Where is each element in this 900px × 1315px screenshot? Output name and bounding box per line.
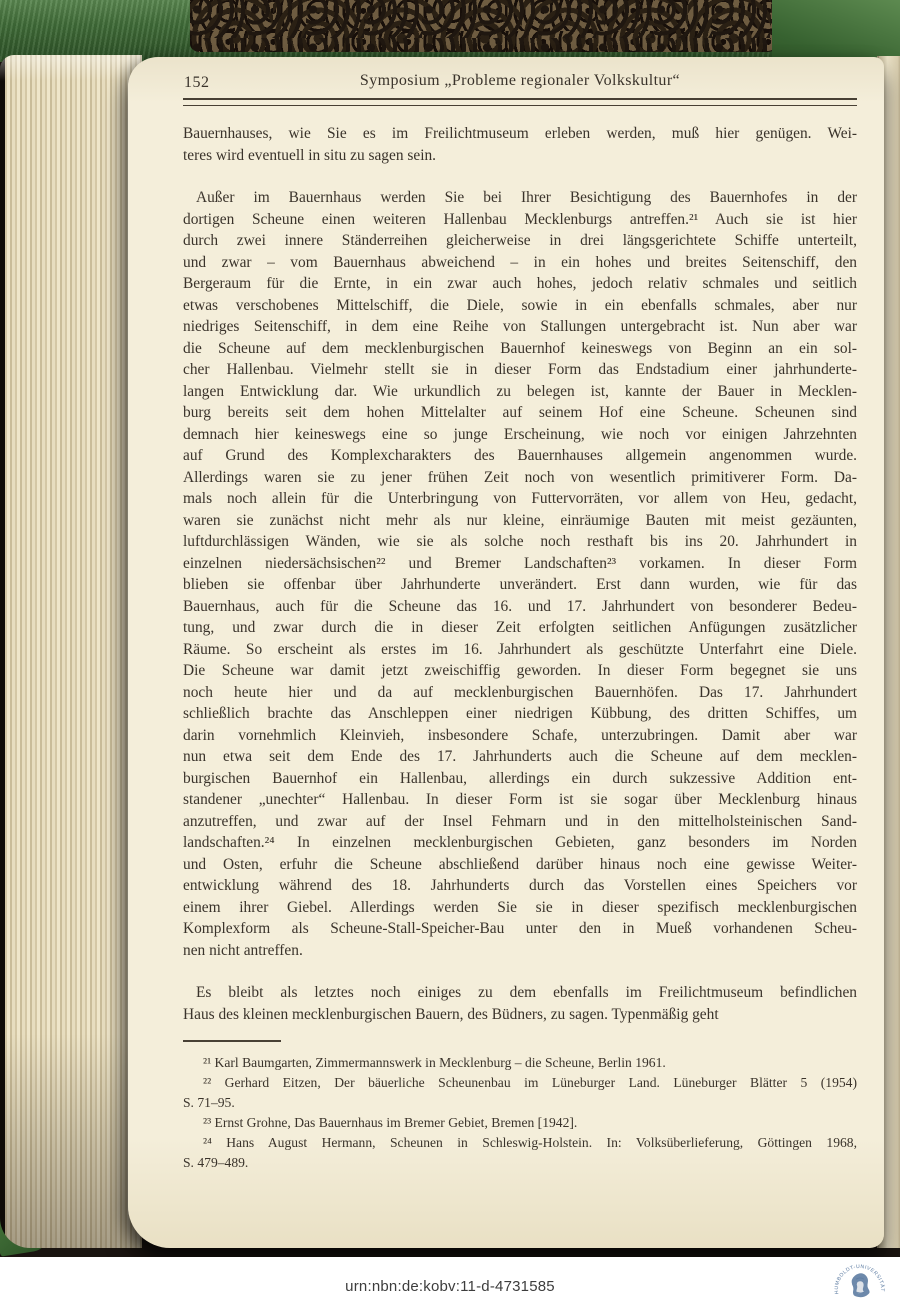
- text-line: burg bereits seit dem hohen Mittelalter …: [183, 402, 857, 424]
- text-line: Räume. So erscheint als erstes im 16. Ja…: [183, 639, 857, 661]
- book-scan-photo: 152 Symposium „Probleme regionaler Volks…: [0, 0, 900, 1315]
- running-title: Symposium „Probleme regionaler Volkskult…: [183, 72, 857, 90]
- humboldt-head-portrait: [852, 1273, 870, 1297]
- text-line: Bauernhaus, auch für die Scheune das 16.…: [183, 596, 857, 618]
- footnote: ²² Gerhard Eitzen, Der bäuerliche Scheun…: [183, 1073, 857, 1113]
- text-line: Bauernhauses, wie Sie es im Freilichtmus…: [183, 123, 857, 145]
- text-line: durch zwei innere Ständerreihen gleicher…: [183, 230, 857, 252]
- text-line: S. 71–95.: [183, 1093, 857, 1113]
- text-line: auf Grund des Komplexcharakters des Baue…: [183, 445, 857, 467]
- text-line: cher Hallenbau. Vielmehr stellt sie in d…: [183, 359, 857, 381]
- text-line: und zwar – vom Bauernhaus abweichend – i…: [183, 252, 857, 274]
- text-line: niedriges Seitenschiff, in dem eine Reih…: [183, 316, 857, 338]
- text-line: ²¹ Karl Baumgarten, Zimmermannswerk in M…: [183, 1053, 857, 1073]
- body-paragraphs: Bauernhauses, wie Sie es im Freilichtmus…: [183, 123, 857, 1025]
- book-page: 152 Symposium „Probleme regionaler Volks…: [128, 57, 884, 1248]
- text-line: ²⁴ Hans August Hermann, Scheunen in Schl…: [183, 1133, 857, 1153]
- paragraph: Es bleibt als letztes noch einiges zu de…: [183, 982, 857, 1025]
- page-content: 152 Symposium „Probleme regionaler Volks…: [128, 57, 884, 1172]
- header-rule: [183, 98, 857, 106]
- text-line: Allerdings waren sie zu jener frühen Zei…: [183, 467, 857, 489]
- text-line: noch heute hier und da auf mecklenburgis…: [183, 682, 857, 704]
- text-line: waren sie zunächst nicht mehr als nur kl…: [183, 510, 857, 532]
- text-line: entwicklung während des 18. Jahrhunderts…: [183, 875, 857, 897]
- text-line: anzutreffen, und zwar auf der Insel Fehm…: [183, 811, 857, 833]
- text-line: Außer im Bauernhaus werden Sie bei Ihrer…: [183, 187, 857, 209]
- text-line: und Osten, erfuhr die Scheune abschließe…: [183, 854, 857, 876]
- page-stack-edges: [0, 55, 142, 1248]
- text-line: demnach hier keineswegs eine so junge Er…: [183, 424, 857, 446]
- text-line: luftdurchlässigen Wänden, wie sie als so…: [183, 531, 857, 553]
- text-line: nen nicht antreffen.: [183, 940, 857, 962]
- text-line: dortigen Scheune einen weiteren Hallenba…: [183, 209, 857, 231]
- text-line: ²³ Ernst Grohne, Das Bauernhaus im Breme…: [183, 1113, 857, 1133]
- footnote: ²⁴ Hans August Hermann, Scheunen in Schl…: [183, 1133, 857, 1173]
- book-top-edge-marbling: [190, 0, 782, 52]
- text-line: burgischen Bauernhof ein Hallenbau, alle…: [183, 768, 857, 790]
- footnotes: ²¹ Karl Baumgarten, Zimmermannswerk in M…: [183, 1053, 857, 1172]
- text-line: landschaften.²⁴ In einzelnen mecklenburg…: [183, 832, 857, 854]
- scan-footer-bar: urn:nbn:de:kobv:11-d-4731585 HUMBOLDT-UN…: [0, 1257, 900, 1315]
- text-line: einzelnen niedersächsischen²² und Bremer…: [183, 553, 857, 575]
- text-line: einem ihrer Giebel. Allerdings werden Si…: [183, 897, 857, 919]
- text-line: Haus des kleinen mecklenburgischen Bauer…: [183, 1004, 857, 1026]
- text-line: Bergeraum für die Ernte, in ein zwar auc…: [183, 273, 857, 295]
- footnote-separator: [183, 1040, 281, 1042]
- text-line: tung, und zwar durch die in dieser Zeit …: [183, 617, 857, 639]
- footnote: ²³ Ernst Grohne, Das Bauernhaus im Breme…: [183, 1113, 857, 1133]
- text-line: etwas verschobenes Mittelschiff, die Die…: [183, 295, 857, 317]
- paragraph: Bauernhauses, wie Sie es im Freilichtmus…: [183, 123, 857, 166]
- text-line: Es bleibt als letztes noch einiges zu de…: [183, 982, 857, 1004]
- text-line: Die Scheune war damit jetzt zweischiffig…: [183, 660, 857, 682]
- text-line: blieben sie offenbar über Jahrhunderte u…: [183, 574, 857, 596]
- text-line: ²² Gerhard Eitzen, Der bäuerliche Scheun…: [183, 1073, 857, 1093]
- text-line: langen Entwicklung dar. Wie urkundlich z…: [183, 381, 857, 403]
- page-header: 152 Symposium „Probleme regionaler Volks…: [183, 71, 857, 95]
- text-line: schließlich brachte das Anschleppen eine…: [183, 703, 857, 725]
- text-line: mals noch allein für die Unterbringung v…: [183, 488, 857, 510]
- text-line: teres wird eventuell in situ zu sagen se…: [183, 145, 857, 167]
- text-line: S. 479–489.: [183, 1153, 857, 1173]
- text-line: Komplexform als Scheune-Stall-Speicher-B…: [183, 918, 857, 940]
- text-line: standener „unechter“ Hallenbau. In diese…: [183, 789, 857, 811]
- text-line: die Scheune auf dem mecklenburgischen Ba…: [183, 338, 857, 360]
- urn-identifier: urn:nbn:de:kobv:11-d-4731585: [0, 1278, 900, 1295]
- text-line: nun etwa seit dem Ende des 17. Jahrhunde…: [183, 746, 857, 768]
- paragraph: Außer im Bauernhaus werden Sie bei Ihrer…: [183, 187, 857, 961]
- footnote: ²¹ Karl Baumgarten, Zimmermannswerk in M…: [183, 1053, 857, 1073]
- text-line: darin vornehmlich Kleinvieh, insbesonder…: [183, 725, 857, 747]
- hu-berlin-seal-logo: HUMBOLDT-UNIVERSITÄT ZU BERLIN: [832, 1260, 887, 1315]
